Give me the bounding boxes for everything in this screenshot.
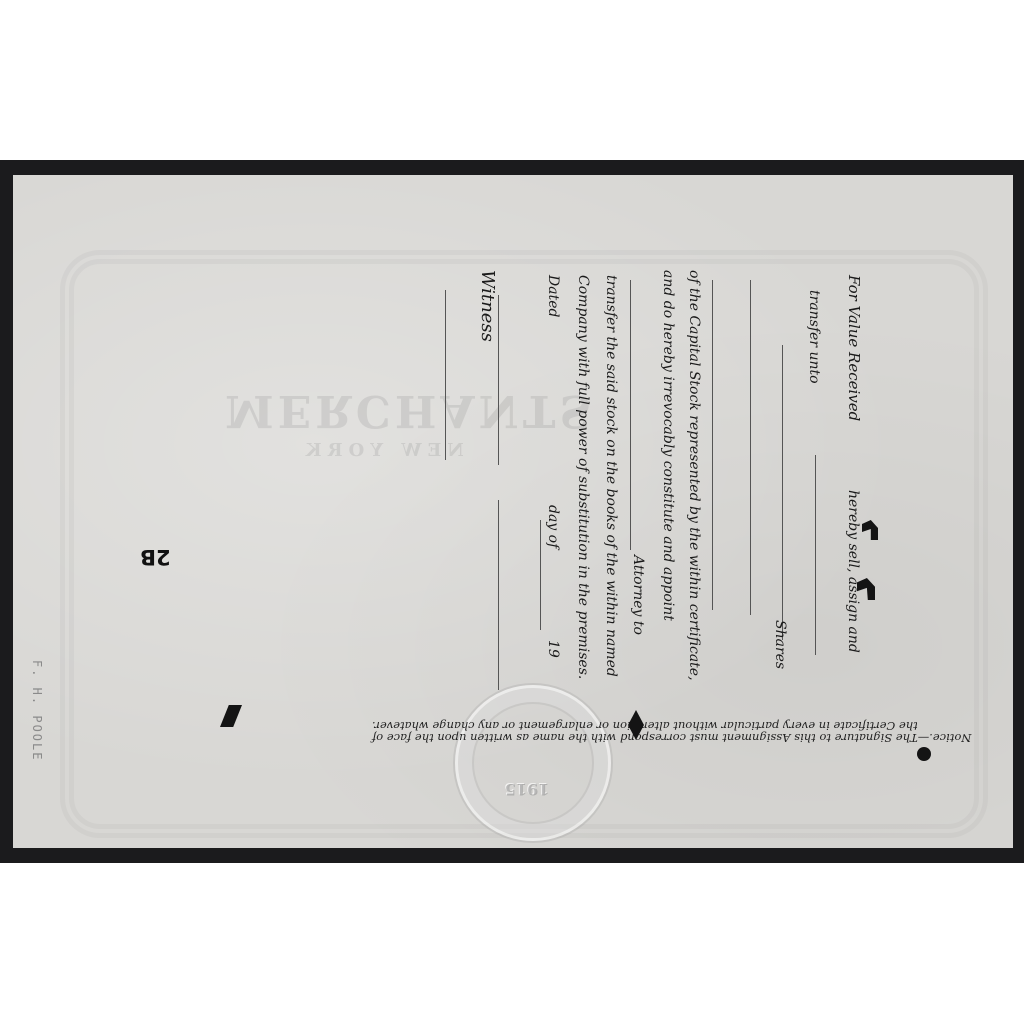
embossed-seal: [455, 685, 611, 841]
witness-rule: [445, 290, 446, 460]
perforated-edge: [1011, 175, 1017, 848]
transfer-unto-text: transfer unto: [806, 290, 822, 384]
irrevocably-text: and do hereby irrevocably constitute and…: [660, 270, 676, 621]
dated-label: Dated: [545, 275, 561, 317]
owner-stamp: F. H. POOLE: [30, 660, 44, 761]
day-of-label: day of: [545, 505, 561, 548]
shares-label: Shares: [772, 620, 788, 669]
company-power-text: Company with full power of substitution …: [575, 275, 591, 679]
sell-assign-text: hereby sell, assign and: [845, 490, 861, 653]
date-rule: [540, 520, 541, 630]
witness-label: Witness: [477, 270, 498, 342]
punched-code: 2B: [140, 545, 171, 569]
show-through-title: MERCHANTS: [225, 385, 595, 436]
attorney-rule: [630, 280, 631, 550]
notice-line-1: Notice.—The Signature to this Assignment…: [372, 731, 971, 745]
cancellation-punch-hole: [917, 747, 931, 761]
transfer-books-text: transfer the said stock on the books of …: [603, 275, 619, 677]
capital-stock-text: of the Capital Stock represented by the …: [686, 270, 702, 681]
show-through-subtitle: NEW YORK: [300, 440, 464, 461]
transferee-rule-1: [782, 345, 783, 640]
transferee-rule-2: [750, 280, 751, 615]
attorney-text: Attorney to: [630, 555, 646, 635]
seal-year: 1915: [505, 780, 550, 799]
value-rule: [815, 455, 816, 655]
signature-rule-1: [498, 500, 499, 690]
for-value-received: For Value Received: [845, 275, 863, 421]
witness-rule-inner: [498, 295, 499, 465]
year-prefix: 19: [545, 640, 561, 658]
shares-rule: [712, 280, 713, 610]
